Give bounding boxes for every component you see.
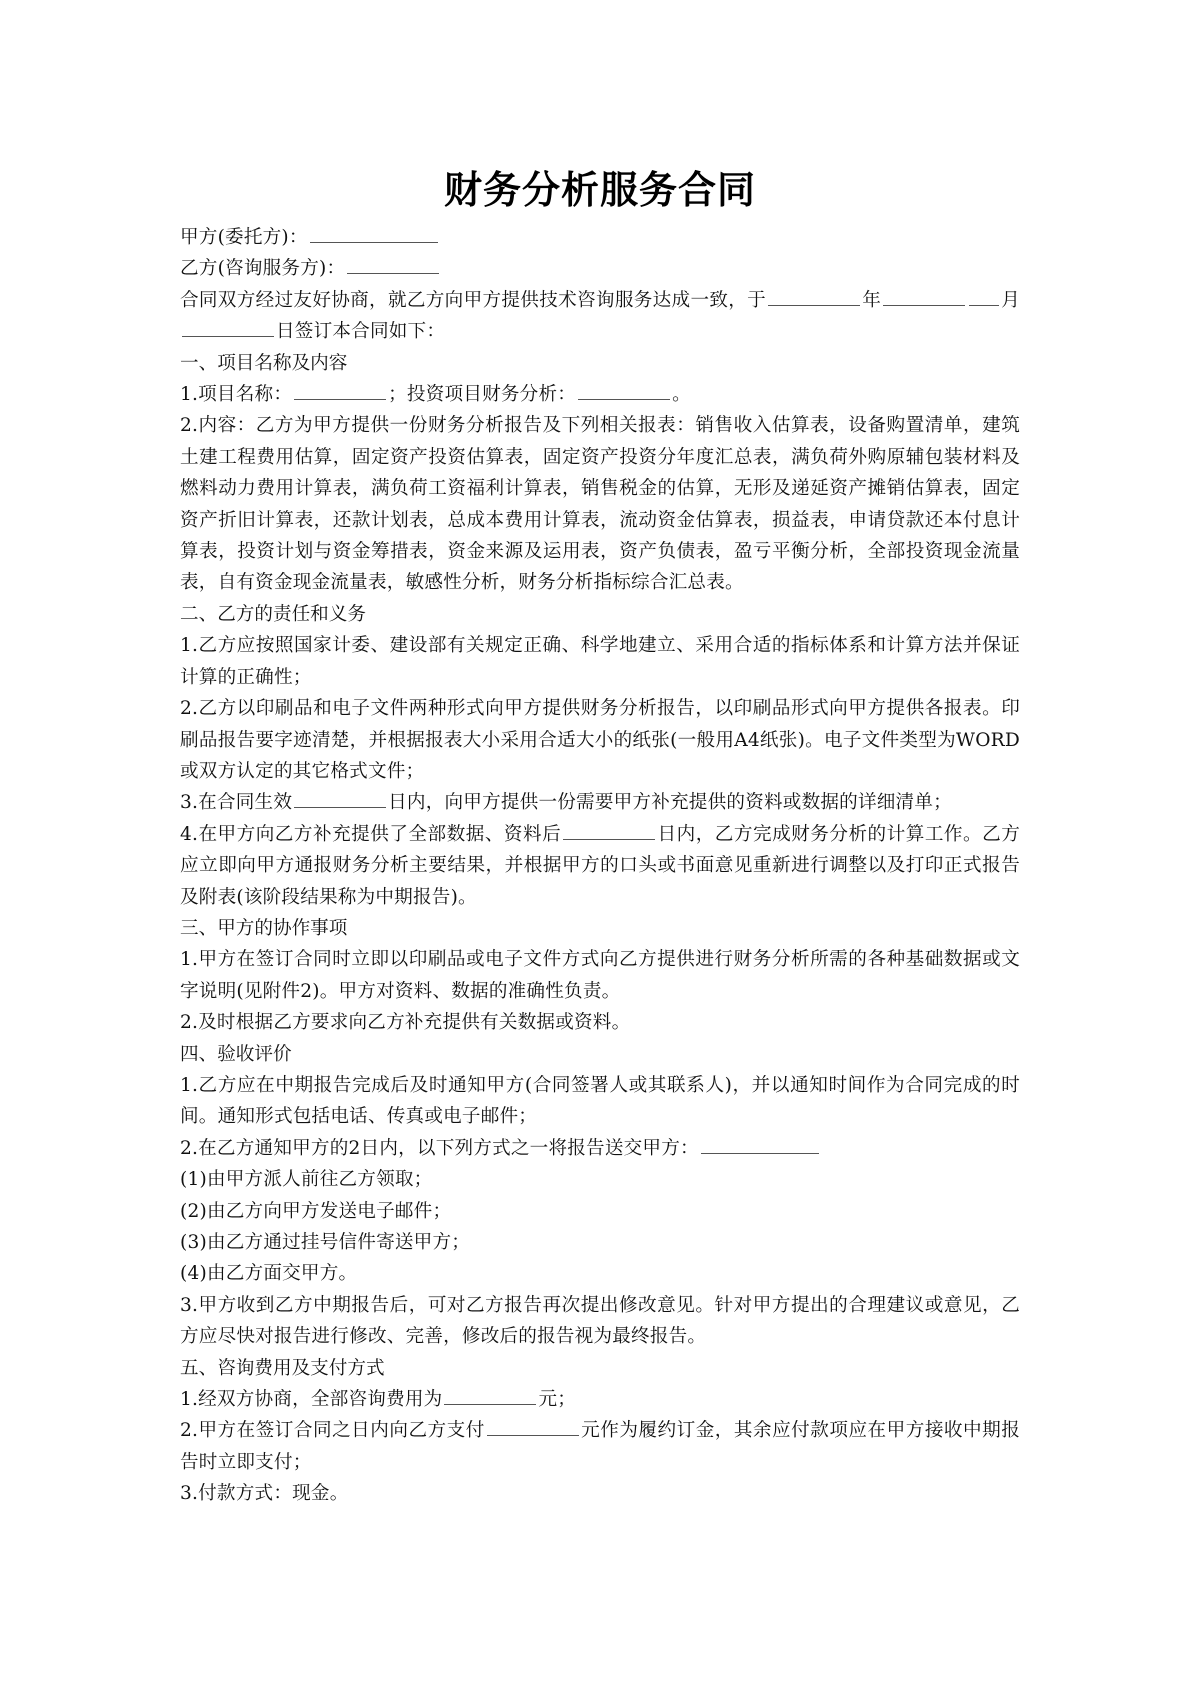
days-blank-1 — [294, 787, 386, 808]
section-heading-5: 五、咨询费用及支付方式 — [180, 1353, 1020, 1384]
item-text: 2.甲方在签订合同之日内向乙方支付 — [180, 1420, 485, 1441]
item-2-2: 2.乙方以印刷品和电子文件两种形式向甲方提供财务分析报告，以印刷品形式向甲方提供… — [180, 693, 1020, 787]
party-b-blank — [347, 253, 439, 274]
option-3: (3)由乙方通过挂号信件寄送甲方； — [180, 1227, 1020, 1258]
item-project-name: 1.项目名称：；投资项目财务分析：。 — [180, 379, 1020, 410]
item-text: 3.在合同生效 — [180, 792, 292, 813]
party-a-blank — [310, 222, 438, 243]
preamble-text-end: 日签订本合同如下： — [276, 321, 445, 342]
analysis-blank — [578, 379, 670, 400]
preamble: 合同双方经过友好协商，就乙方向甲方提供技术咨询服务达成一致，于年月日签订本合同如… — [180, 285, 1020, 348]
preamble-text: 合同双方经过友好协商，就乙方向甲方提供技术咨询服务达成一致，于 — [180, 290, 766, 311]
item-4-1: 1.乙方应在中期报告完成后及时通知甲方(合同签署人或其联系人)，并以通知时间作为… — [180, 1070, 1020, 1133]
item-text: 元； — [538, 1389, 576, 1410]
item-2-3: 3.在合同生效日内，向甲方提供一份需要甲方补充提供的资料或数据的详细清单； — [180, 787, 1020, 818]
month-blank-b — [969, 285, 999, 306]
document-page: 财务分析服务合同 甲方(委托方)： 乙方(咨询服务方)： 合同双方经过友好协商，… — [180, 160, 1020, 1510]
party-b-line: 乙方(咨询服务方)： — [180, 253, 1020, 284]
days-blank-2 — [563, 819, 655, 840]
party-b-label: 乙方(咨询服务方)： — [180, 258, 345, 279]
day-blank — [182, 316, 274, 337]
total-fee-blank — [444, 1384, 536, 1405]
item-text: 2.在乙方通知甲方的2日内，以下列方式之一将报告送交甲方： — [180, 1138, 699, 1159]
item-text: ；投资项目财务分析： — [388, 384, 576, 405]
section-heading-2: 二、乙方的责任和义务 — [180, 599, 1020, 630]
item-5-3: 3.付款方式：现金。 — [180, 1478, 1020, 1509]
year-blank — [768, 285, 860, 306]
delivery-method-blank — [701, 1133, 819, 1154]
item-4-3: 3.甲方收到乙方中期报告后，可对乙方报告再次提出修改意见。针对甲方提出的合理建议… — [180, 1290, 1020, 1353]
item-text: 1.项目名称： — [180, 384, 292, 405]
option-2: (2)由乙方向甲方发送电子邮件； — [180, 1196, 1020, 1227]
option-4: (4)由乙方面交甲方。 — [180, 1258, 1020, 1289]
party-a-label: 甲方(委托方)： — [180, 227, 308, 248]
item-3-2: 2.及时根据乙方要求向乙方补充提供有关数据或资料。 — [180, 1007, 1020, 1038]
year-label: 年 — [862, 290, 881, 311]
item-2-4: 4.在甲方向乙方补充提供了全部数据、资料后日内，乙方完成财务分析的计算工作。乙方… — [180, 819, 1020, 913]
item-text: 。 — [672, 384, 691, 405]
item-4-2: 2.在乙方通知甲方的2日内，以下列方式之一将报告送交甲方： — [180, 1133, 1020, 1164]
party-a-line: 甲方(委托方)： — [180, 222, 1020, 253]
document-title: 财务分析服务合同 — [180, 160, 1020, 220]
month-blank-a — [883, 285, 965, 306]
item-2-1: 1.乙方应按照国家计委、建设部有关规定正确、科学地建立、采用合适的指标体系和计算… — [180, 630, 1020, 693]
deposit-blank — [487, 1415, 579, 1436]
item-5-2: 2.甲方在签订合同之日内向乙方支付元作为履约订金，其余应付款项应在甲方接收中期报… — [180, 1415, 1020, 1478]
project-name-blank — [294, 379, 386, 400]
section-heading-1: 一、项目名称及内容 — [180, 348, 1020, 379]
option-1: (1)由甲方派人前往乙方领取； — [180, 1164, 1020, 1195]
section-heading-3: 三、甲方的协作事项 — [180, 913, 1020, 944]
month-label: 月 — [1001, 290, 1020, 311]
item-text: 日内，向甲方提供一份需要甲方补充提供的资料或数据的详细清单； — [388, 792, 952, 813]
item-3-1: 1.甲方在签订合同时立即以印刷品或电子文件方式向乙方提供进行财务分析所需的各种基… — [180, 944, 1020, 1007]
item-text: 4.在甲方向乙方补充提供了全部数据、资料后 — [180, 824, 561, 845]
item-content: 2.内容：乙方为甲方提供一份财务分析报告及下列相关报表：销售收入估算表，设备购置… — [180, 410, 1020, 598]
section-heading-4: 四、验收评价 — [180, 1039, 1020, 1070]
item-text: 1.经双方协商，全部咨询费用为 — [180, 1389, 442, 1410]
item-5-1: 1.经双方协商，全部咨询费用为元； — [180, 1384, 1020, 1415]
